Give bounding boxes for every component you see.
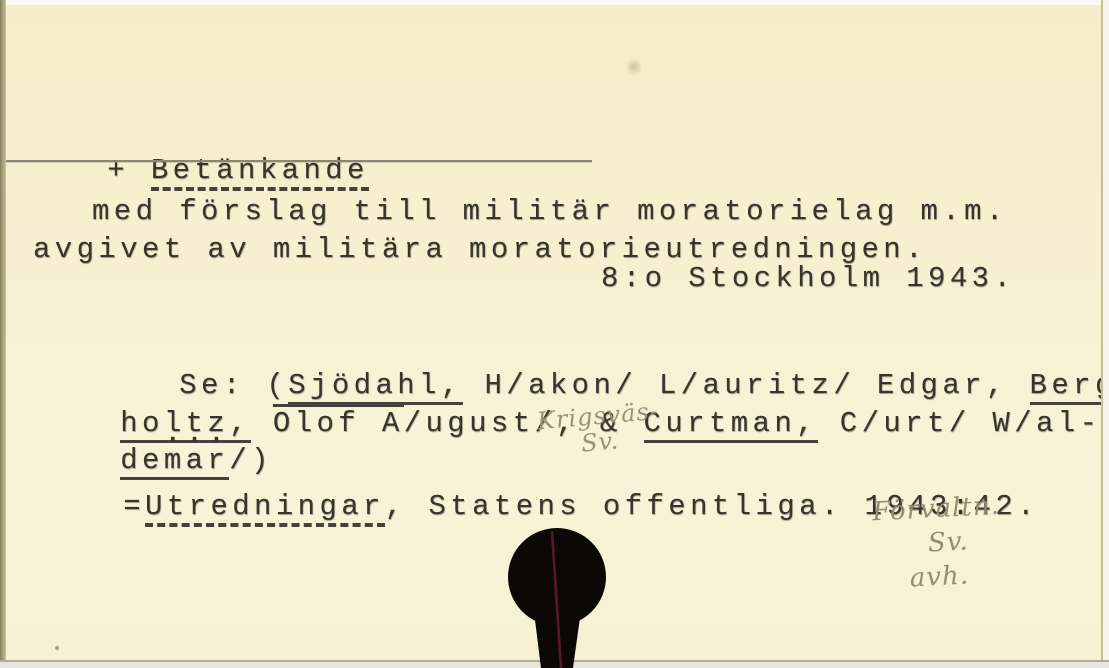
card-bottom-edge xyxy=(0,660,1109,668)
rod-hole-stem xyxy=(532,596,583,668)
card-top-edge xyxy=(0,0,1109,5)
equals-sign: = xyxy=(123,490,145,523)
see-line2-tail: C/urt/ W/al- xyxy=(818,407,1101,440)
pencil-classification: Förvaltn. xyxy=(872,493,1001,526)
author-olof-overlined: Olof A xyxy=(273,404,404,440)
imprint-line: 8:o Stockholm 1943. xyxy=(601,261,1015,297)
catalog-card: + Betänkande med förslag till militär mo… xyxy=(0,0,1109,668)
ellipsis: ... xyxy=(164,416,229,452)
card-left-edge xyxy=(0,0,6,668)
pencil-classification-type: avh. xyxy=(909,561,1004,592)
paper-smudge xyxy=(626,58,642,76)
pencil-note-center: Krigsväs- Sv. xyxy=(536,399,662,459)
ink-speck xyxy=(55,646,59,650)
added-entry-plus-sign: + xyxy=(107,154,151,187)
series-title: Utredningar xyxy=(145,490,385,527)
heading-rule xyxy=(0,160,592,162)
author-curtman: Curtman, xyxy=(644,407,818,443)
pencil-classification-country: Sv. xyxy=(927,527,1002,557)
title-line-1: med förslag till militär moratorielag m.… xyxy=(92,194,1008,230)
pencil-note-corner: Förvaltn. Sv. avh. xyxy=(872,493,1004,594)
